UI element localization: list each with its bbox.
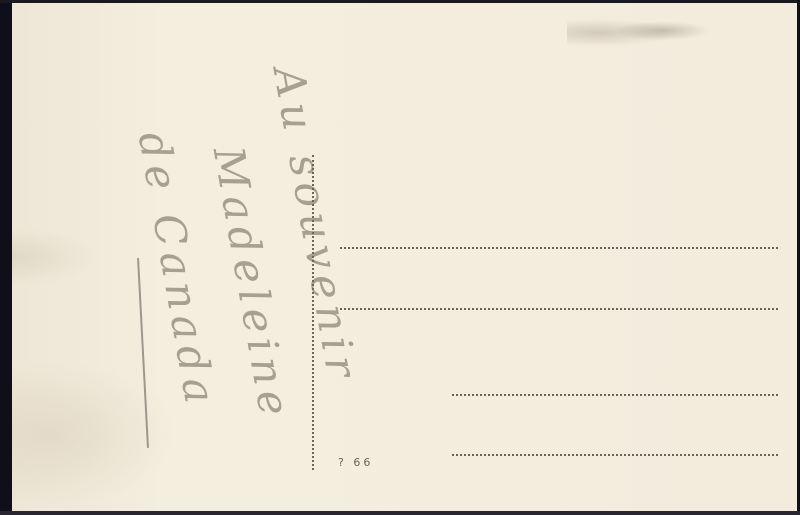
center-divider-line — [312, 155, 314, 470]
paper-stain — [567, 11, 727, 47]
handwritten-message: Au souvenir Madeleine de Canada — [72, 43, 332, 513]
address-line-2 — [340, 308, 778, 310]
postcard-back: Au souvenir Madeleine de Canada — [12, 3, 798, 511]
address-line-4 — [452, 454, 778, 456]
background-edge-bottom — [0, 511, 800, 515]
pencil-stroke — [137, 258, 149, 448]
address-line-1 — [340, 247, 778, 249]
background-edge-left — [0, 0, 12, 515]
print-code: ? 66 — [338, 456, 373, 469]
address-line-3 — [452, 394, 778, 396]
